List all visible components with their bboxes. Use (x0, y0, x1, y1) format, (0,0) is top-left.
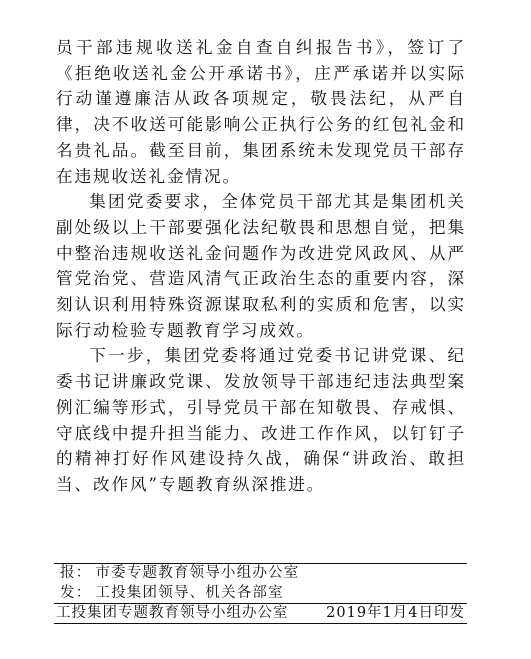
report-recipient: 市委专题教育领导小组办公室 (95, 565, 299, 581)
paragraph-continuation: 员干部违规收送礼金自查自纠报告书》，签订了《拒绝收送礼金公开承诺书》，庄严承诺并… (56, 35, 466, 189)
distribution-footer: 报：市委专题教育领导小组办公室 发：工投集团领导、机关各部室 工投集团专题教育领… (54, 563, 467, 624)
document-body: 员干部违规收送礼金自查自纠报告书》，签订了《拒绝收送礼金公开承诺书》，庄严承诺并… (56, 35, 466, 498)
issuer-row: 工投集团专题教育领导小组办公室 2019年1月4日印发 (54, 604, 467, 623)
send-to-row: 发：工投集团领导、机关各部室 (54, 584, 467, 604)
report-label: 报： (60, 565, 91, 581)
report-to-row: 报：市委专题教育领导小组办公室 (54, 564, 467, 584)
send-recipients: 工投集团领导、机关各部室 (95, 585, 283, 601)
paragraph-requirements: 集团党委要求，全体党员干部尤其是集团机关副处级以上干部要强化法纪敬畏和思想自觉，… (56, 189, 466, 343)
issue-date: 2019年1月4日印发 (326, 604, 465, 623)
send-label: 发： (60, 585, 91, 601)
paragraph-next-steps: 下一步，集团党委将通过党委书记讲党课、纪委书记讲廉政党课、发放领导干部违纪违法典… (56, 343, 466, 497)
footer-bottom-rule (54, 623, 467, 624)
document-page: 员干部违规收送礼金自查自纠报告书》，签订了《拒绝收送礼金公开承诺书》，庄严承诺并… (0, 0, 531, 659)
issuing-office: 工投集团专题教育领导小组办公室 (56, 604, 289, 623)
